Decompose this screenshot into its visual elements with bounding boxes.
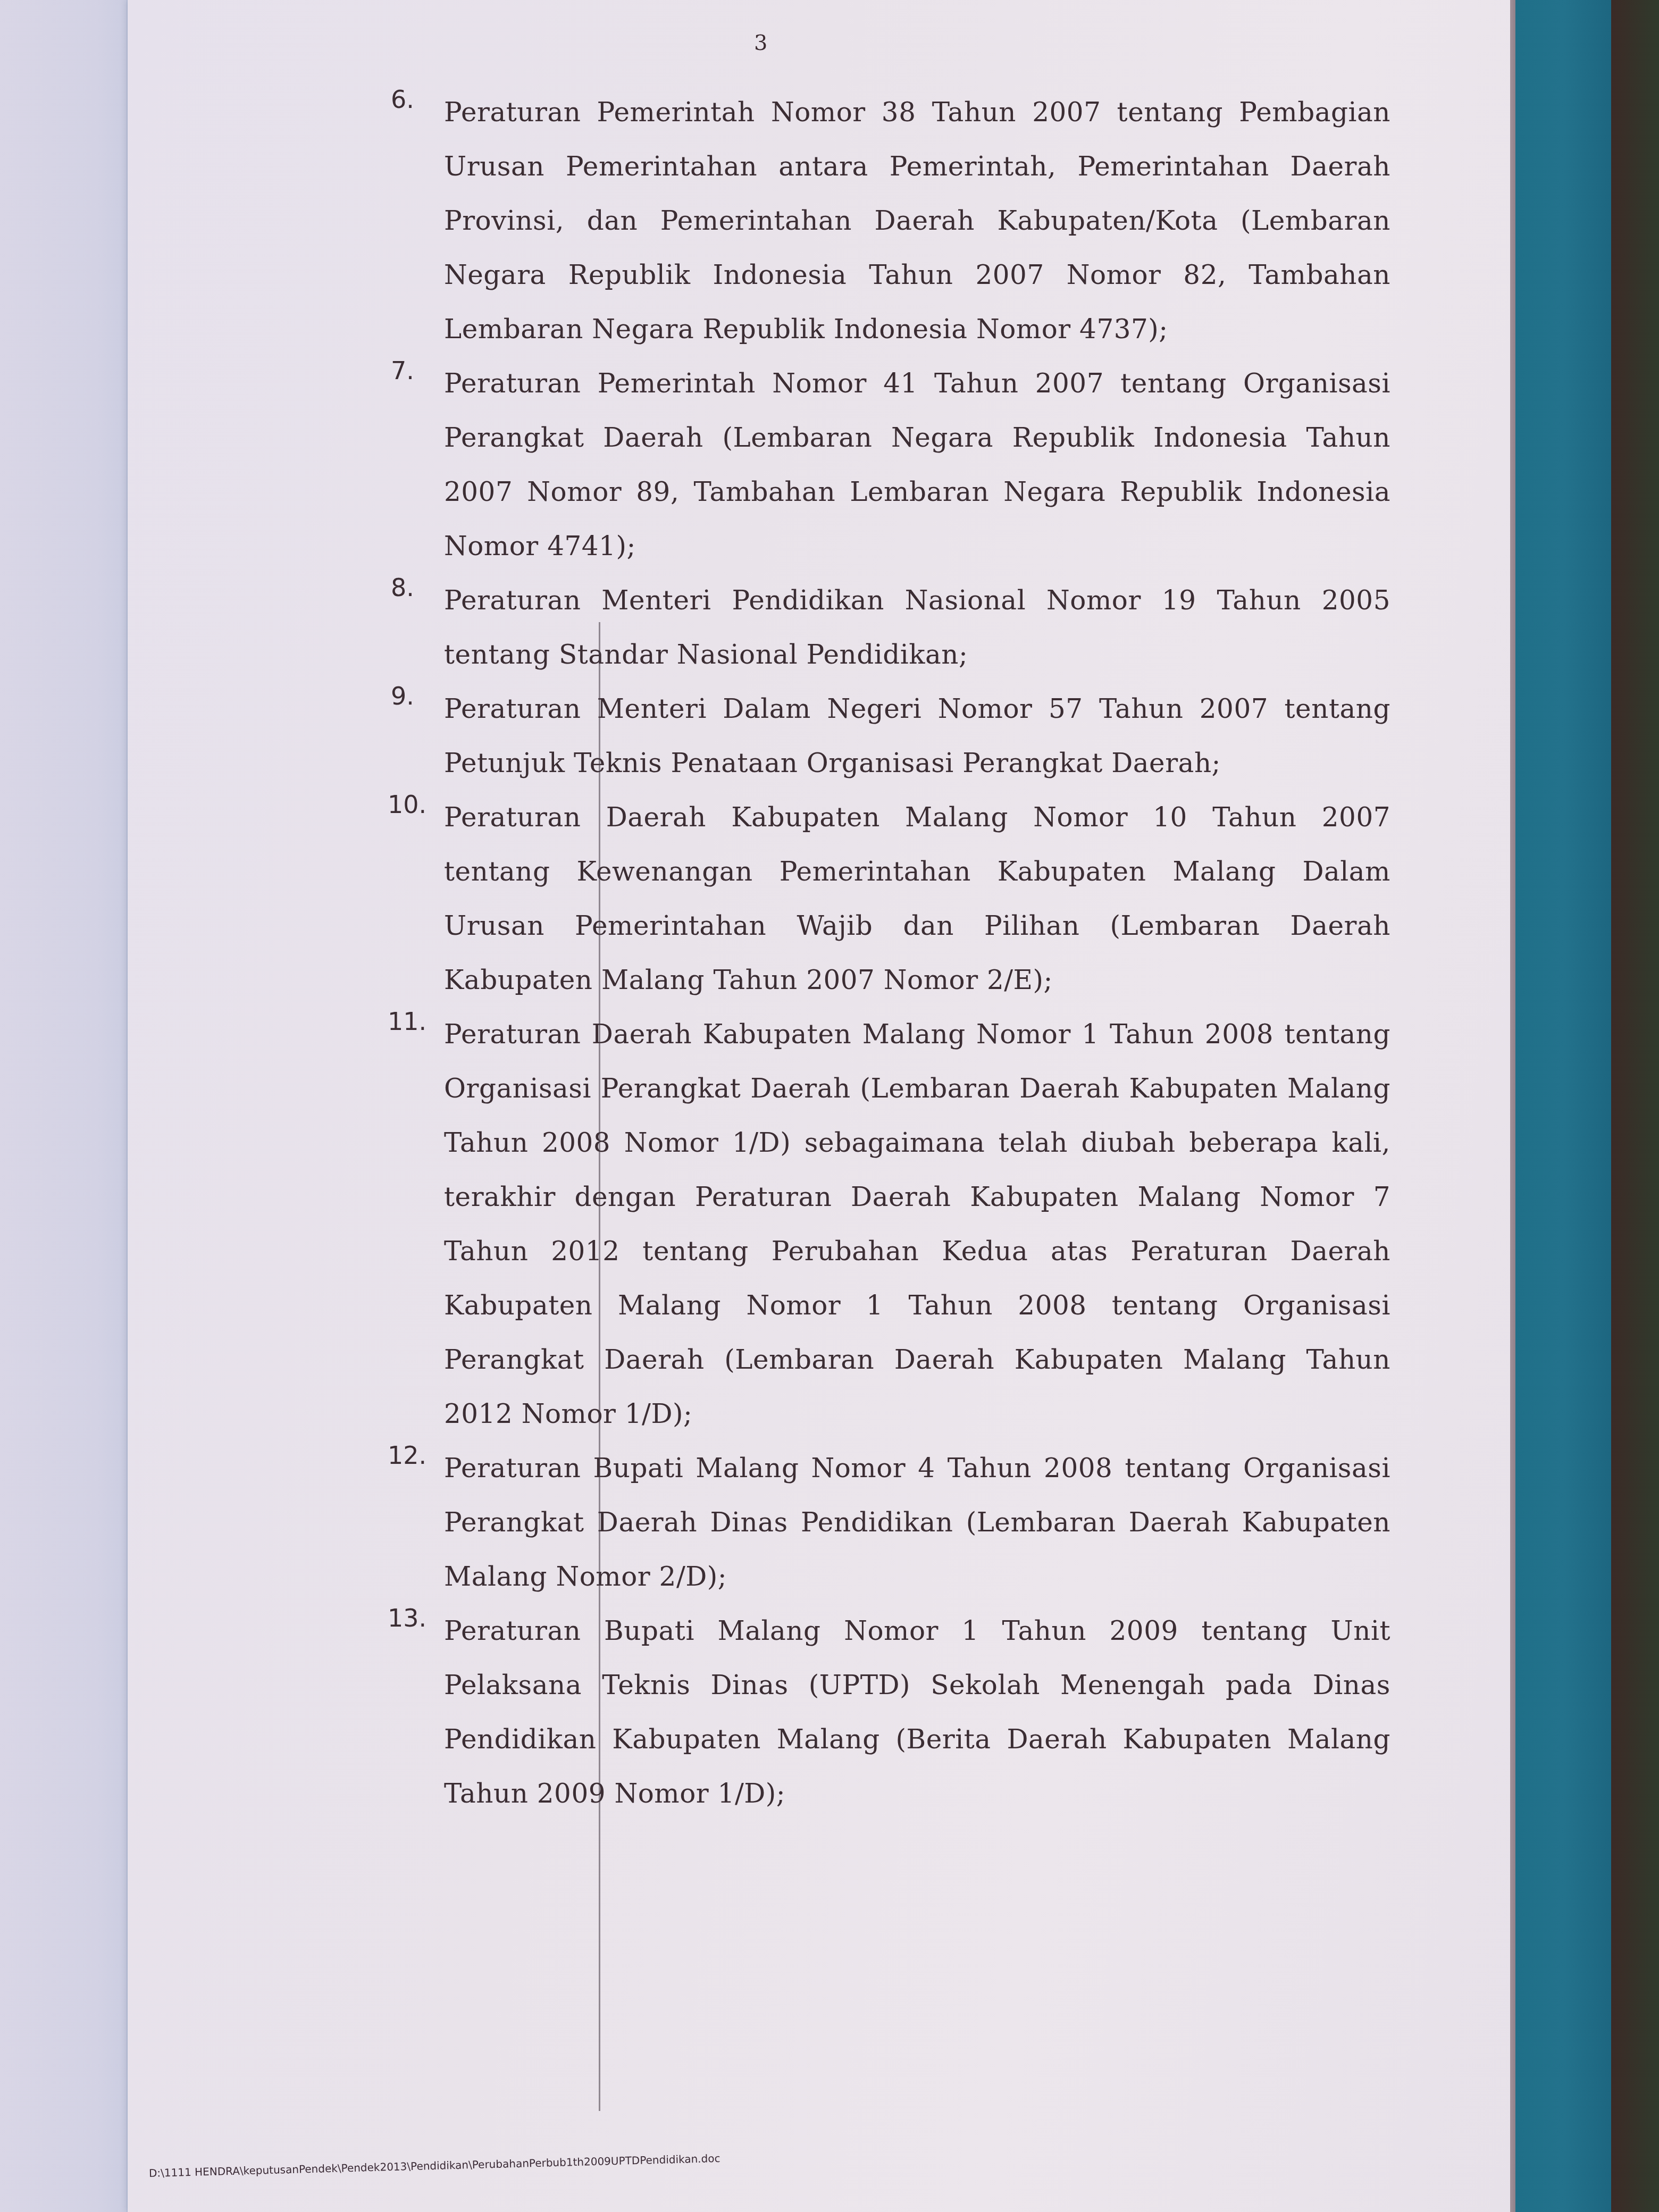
list-item: 11. Peraturan Daerah Kabupaten Malang No…: [391, 1007, 1390, 1441]
list-item: 8. Peraturan Menteri Pendidikan Nasional…: [391, 573, 1390, 682]
list-item: 10. Peraturan Daerah Kabupaten Malang No…: [391, 790, 1390, 1007]
item-number: 12.: [388, 1441, 426, 1470]
background-page: [0, 0, 138, 2212]
list-item: 13. Peraturan Bupati Malang Nomor 1 Tahu…: [391, 1604, 1390, 1821]
binder-cover: [1515, 0, 1611, 2212]
item-text: Peraturan Daerah Kabupaten Malang Nomor …: [444, 1007, 1390, 1441]
item-text: Peraturan Bupati Malang Nomor 4 Tahun 20…: [444, 1441, 1390, 1604]
item-number: 8.: [391, 573, 414, 602]
crease-line: [599, 622, 600, 2111]
list-item: 6. Peraturan Pemerintah Nomor 38 Tahun 2…: [391, 85, 1390, 356]
item-number: 9.: [391, 682, 414, 710]
list-item: 12. Peraturan Bupati Malang Nomor 4 Tahu…: [391, 1441, 1390, 1604]
item-text: Peraturan Daerah Kabupaten Malang Nomor …: [444, 790, 1390, 1007]
item-text: Peraturan Menteri Dalam Negeri Nomor 57 …: [444, 682, 1390, 790]
item-number: 10.: [388, 790, 426, 819]
page-number: 3: [754, 31, 767, 55]
item-text: Peraturan Bupati Malang Nomor 1 Tahun 20…: [444, 1604, 1390, 1821]
item-number: 7.: [391, 356, 414, 385]
regulation-list: 6. Peraturan Pemerintah Nomor 38 Tahun 2…: [391, 85, 1390, 1821]
list-item: 7. Peraturan Pemerintah Nomor 41 Tahun 2…: [391, 356, 1390, 573]
item-text: Peraturan Pemerintah Nomor 38 Tahun 2007…: [444, 85, 1390, 356]
item-text: Peraturan Pemerintah Nomor 41 Tahun 2007…: [444, 356, 1390, 573]
list-item: 9. Peraturan Menteri Dalam Negeri Nomor …: [391, 682, 1390, 790]
item-number: 11.: [388, 1007, 426, 1036]
background-surface: [1611, 0, 1659, 2212]
item-number: 13.: [388, 1604, 426, 1632]
item-text: Peraturan Menteri Pendidikan Nasional No…: [444, 573, 1390, 682]
item-number: 6.: [391, 85, 414, 114]
